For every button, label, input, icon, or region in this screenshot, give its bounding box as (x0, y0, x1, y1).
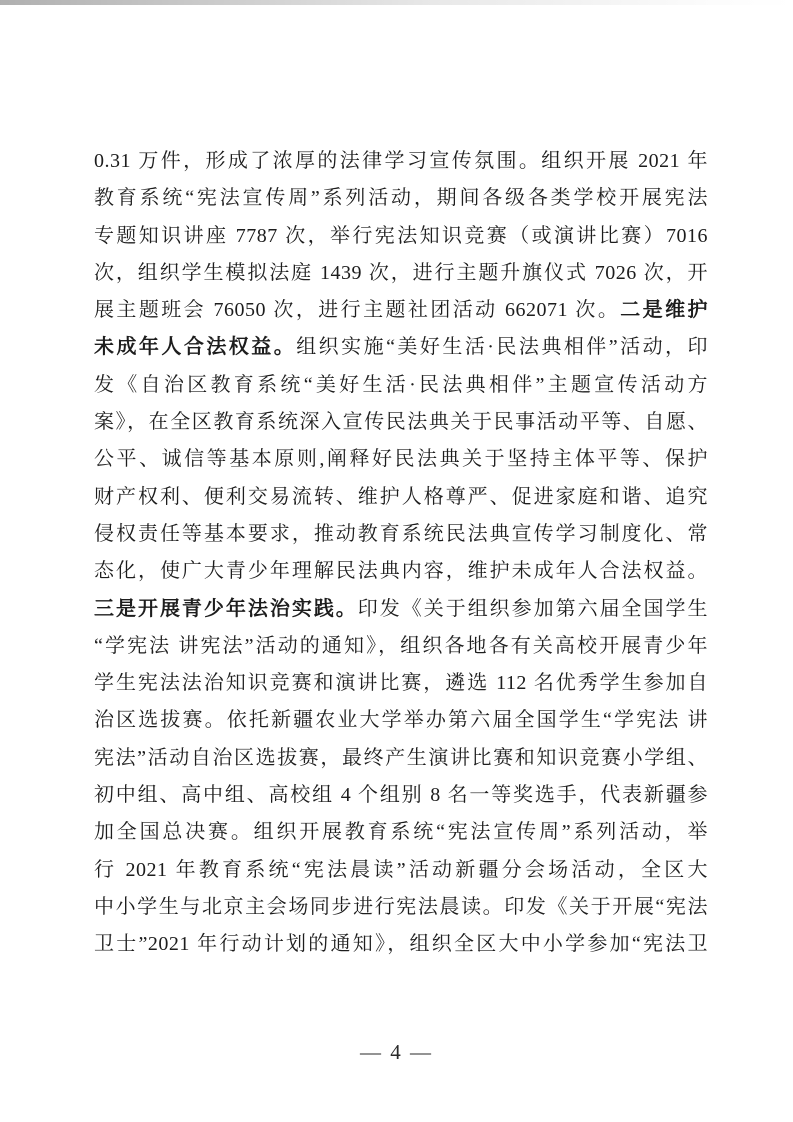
page-footer: — 4 — (0, 1040, 793, 1065)
text-line: 初中组、高中组、高校组 4 个组别 8 名一等奖选手，代表新疆参 (94, 777, 708, 814)
page-number: — 4 — (360, 1040, 433, 1064)
text-segment: 侵权责任等基本要求，推动教育系统民法典宣传学习制度化、常 (94, 523, 708, 545)
text-segment: 中小学生与北京主会场同步进行宪法晨读。印发《关于开展“宪法 (94, 896, 708, 918)
text-line: 侵权责任等基本要求，推动教育系统民法典宣传学习制度化、常 (94, 516, 708, 553)
text-line: 宪法”活动自治区选拔赛，最终产生演讲比赛和知识竞赛小学组、 (94, 740, 708, 777)
text-segment: 组织实施“美好生活·民法典相伴”活动，印 (296, 336, 708, 358)
text-segment: 次，组织学生模拟法庭 1439 次，进行主题升旗仪式 7026 次，开 (94, 262, 708, 284)
bold-emphasis-text: 未成年人合法权益。 (94, 336, 296, 358)
text-line: 财产权利、便利交易流转、维护人格尊严、促进家庭和谐、追究 (94, 479, 708, 516)
text-line: 次，组织学生模拟法庭 1439 次，进行主题升旗仪式 7026 次，开 (94, 255, 708, 292)
document-page: 0.31 万件，形成了浓厚的法律学习宣传氛围。组织开展 2021 年教育系统“宪… (0, 0, 793, 1122)
text-line: 发《自治区教育系统“美好生活·民法典相伴”主题宣传活动方 (94, 367, 708, 404)
text-line: 未成年人合法权益。组织实施“美好生活·民法典相伴”活动，印 (94, 329, 708, 366)
text-segment: 0.31 万件，形成了浓厚的法律学习宣传氛围。组织开展 2021 年 (94, 150, 708, 172)
bold-emphasis-text: 二是维护 (620, 299, 708, 321)
text-line: 专题知识讲座 7787 次，举行宪法知识竞赛（或演讲比赛）7016 (94, 218, 708, 255)
text-line: 展主题班会 76050 次，进行主题社团活动 662071 次。二是维护 (94, 292, 708, 329)
text-segment: 治区选拔赛。依托新疆农业大学举办第六届全国学生“学宪法 讲 (94, 709, 708, 731)
text-segment: 案》，在全区教育系统深入宣传民法典关于民事活动平等、自愿、 (94, 411, 708, 433)
text-segment: 宪法”活动自治区选拔赛，最终产生演讲比赛和知识竞赛小学组、 (94, 747, 708, 769)
text-line: “学宪法 讲宪法”活动的通知》，组织各地各有关高校开展青少年 (94, 628, 708, 665)
text-line: 加全国总决赛。组织开展教育系统“宪法宣传周”系列活动，举 (94, 814, 708, 851)
text-segment: 学生宪法法治知识竞赛和演讲比赛，遴选 112 名优秀学生参加自 (94, 672, 708, 694)
text-segment: 公平、诚信等基本原则,阐释好民法典关于坚持主体平等、保护 (94, 448, 708, 470)
text-segment: 卫士”2021 年行动计划的通知》，组织全区大中小学参加“宪法卫 (94, 933, 708, 955)
text-line: 0.31 万件，形成了浓厚的法律学习宣传氛围。组织开展 2021 年 (94, 143, 708, 180)
text-line: 三是开展青少年法治实践。印发《关于组织参加第六届全国学生 (94, 591, 708, 628)
text-segment: 发《自治区教育系统“美好生活·民法典相伴”主题宣传活动方 (94, 374, 708, 396)
scan-edge-artifact (0, 0, 793, 5)
text-line: 行 2021 年教育系统“宪法晨读”活动新疆分会场活动，全区大 (94, 852, 708, 889)
text-segment: 态化，使广大青少年理解民法典内容，维护未成年人合法权益。 (94, 560, 708, 582)
text-segment: “学宪法 讲宪法”活动的通知》，组织各地各有关高校开展青少年 (94, 635, 708, 657)
text-line: 案》，在全区教育系统深入宣传民法典关于民事活动平等、自愿、 (94, 404, 708, 441)
text-segment: 初中组、高中组、高校组 4 个组别 8 名一等奖选手，代表新疆参 (94, 784, 708, 806)
text-line: 中小学生与北京主会场同步进行宪法晨读。印发《关于开展“宪法 (94, 889, 708, 926)
text-segment: 行 2021 年教育系统“宪法晨读”活动新疆分会场活动，全区大 (94, 859, 708, 881)
text-line: 教育系统“宪法宣传周”系列活动，期间各级各类学校开展宪法 (94, 180, 708, 217)
text-line: 治区选拔赛。依托新疆农业大学举办第六届全国学生“学宪法 讲 (94, 702, 708, 739)
text-segment: 印发《关于组织参加第六届全国学生 (358, 598, 708, 620)
text-segment: 展主题班会 76050 次，进行主题社团活动 662071 次。 (94, 299, 620, 321)
text-line: 卫士”2021 年行动计划的通知》，组织全区大中小学参加“宪法卫 (94, 926, 708, 963)
text-segment: 加全国总决赛。组织开展教育系统“宪法宣传周”系列活动，举 (94, 821, 708, 843)
text-segment: 财产权利、便利交易流转、维护人格尊严、促进家庭和谐、追究 (94, 486, 708, 508)
text-line: 学生宪法法治知识竞赛和演讲比赛，遴选 112 名优秀学生参加自 (94, 665, 708, 702)
text-line: 态化，使广大青少年理解民法典内容，维护未成年人合法权益。 (94, 553, 708, 590)
text-line: 公平、诚信等基本原则,阐释好民法典关于坚持主体平等、保护 (94, 441, 708, 478)
text-segment: 专题知识讲座 7787 次，举行宪法知识竞赛（或演讲比赛）7016 (94, 225, 708, 247)
bold-emphasis-text: 三是开展青少年法治实践。 (94, 598, 358, 620)
text-segment: 教育系统“宪法宣传周”系列活动，期间各级各类学校开展宪法 (94, 187, 708, 209)
body-text: 0.31 万件，形成了浓厚的法律学习宣传氛围。组织开展 2021 年教育系统“宪… (94, 143, 708, 964)
